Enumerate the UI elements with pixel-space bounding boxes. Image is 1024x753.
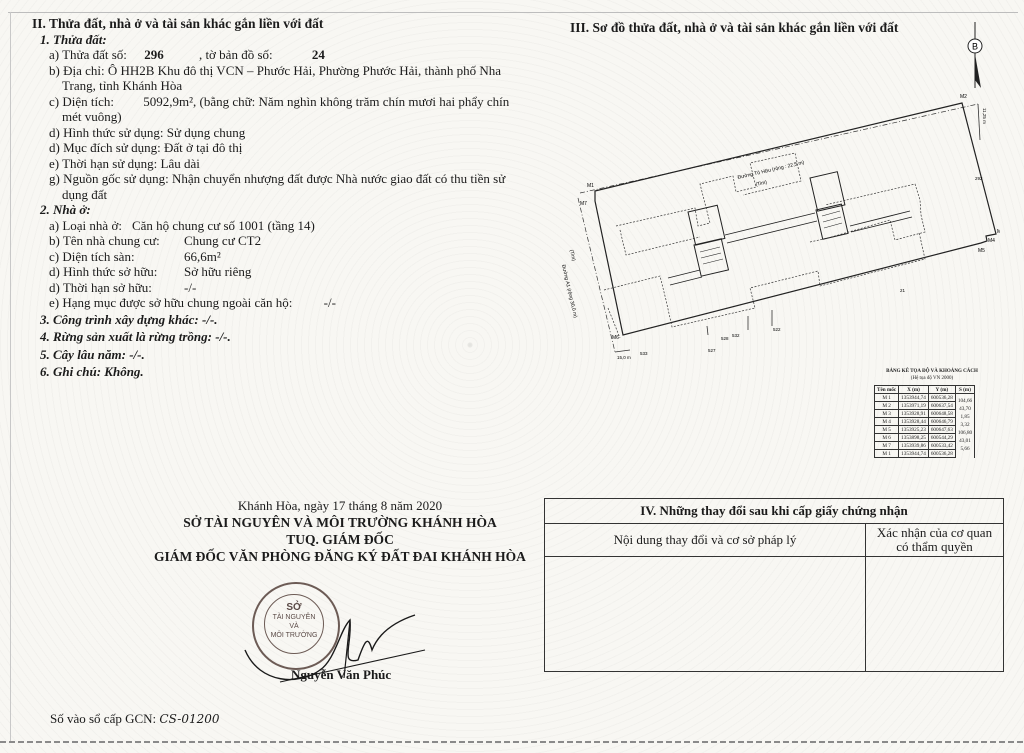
term-value: Lâu dài bbox=[161, 156, 200, 171]
coord-table-subtitle: (Hệ tọa độ VN 2000) bbox=[862, 375, 1002, 382]
house-row-value: Chung cư CT2 bbox=[184, 233, 261, 249]
house-common-label: e) Hạng mục được sở hữu chung ngoài căn … bbox=[49, 295, 292, 310]
purpose-row: d) Mục đích sử dụng: Đất ở tại đô thị bbox=[49, 140, 512, 156]
registry-number-row: Số vào sổ cấp GCN: CS-01200 bbox=[50, 711, 220, 727]
area-value-cont: mét vuông) bbox=[62, 109, 512, 125]
road-left-sub: (Tim) bbox=[568, 249, 577, 262]
coord-cell-y: 600647,63 bbox=[928, 426, 955, 434]
coord-cell-x: 1353928,44 bbox=[899, 418, 929, 426]
section-ii-title: II. Thửa đất, nhà ở và tài sản khác gắn … bbox=[32, 16, 512, 32]
coord-cell-distance: 5,66 bbox=[955, 446, 974, 454]
coord-header-cell: Tên mốc bbox=[875, 386, 899, 394]
coord-cell-name: M 7 bbox=[875, 442, 899, 450]
parcel-label: a) Thửa đất số: bbox=[49, 47, 127, 62]
coord-cell-name: M 6 bbox=[875, 434, 899, 442]
on-behalf-of: TUQ. GIÁM ĐỐC bbox=[150, 531, 530, 548]
house-row: d) Thời hạn sở hữu:-/- bbox=[49, 280, 512, 296]
area-row: c) Diện tích: 5092,9m², (bằng chữ: Năm n… bbox=[49, 94, 512, 110]
changes-content-cell bbox=[545, 557, 866, 672]
use-form-row: d) Hình thức sử dụng: Sử dụng chung bbox=[49, 125, 512, 141]
setback-right: 11,25 m bbox=[982, 108, 987, 124]
coord-cell-y: 600536,28 bbox=[928, 450, 955, 458]
parcel-number-row: a) Thửa đất số: 296 , tờ bản đồ số: 24 bbox=[49, 47, 512, 63]
changes-column-content: Nội dung thay đổi và cơ sở pháp lý bbox=[545, 524, 866, 557]
coord-cell-y: 600533,42 bbox=[928, 442, 955, 450]
coord-cell-name: M 5 bbox=[875, 426, 899, 434]
parcel-diagram: Đường Tô Hữu (rộng : 22,5 m) (Tim) (Tim)… bbox=[560, 80, 1000, 380]
coord-cell-x: 1353939,86 bbox=[899, 442, 929, 450]
coord-table-header: Tên mốcX (m)Y (m)S (m) bbox=[875, 386, 975, 394]
changes-confirmation-cell bbox=[866, 557, 1004, 672]
use-form-value: Sử dụng chung bbox=[167, 125, 246, 140]
coord-cell-distance: 104,66 bbox=[955, 398, 974, 406]
page-border-left bbox=[10, 12, 11, 742]
origin-label: g) Nguồn gốc sử dụng: bbox=[49, 171, 169, 186]
section-iv-title: IV. Những thay đổi sau khi cấp giấy chứn… bbox=[545, 499, 1004, 524]
house-row-label: a) Loại nhà ở: bbox=[49, 218, 122, 234]
production-forest: 4. Rừng sản xuất là rừng trồng: -/-. bbox=[40, 329, 512, 345]
area-label: c) Diện tích: bbox=[49, 94, 114, 109]
coord-cell-x: 1353925,23 bbox=[899, 426, 929, 434]
purpose-label: d) Mục đích sử dụng: bbox=[49, 140, 161, 155]
house-row: b) Tên nhà chung cư:Chung cư CT2 bbox=[49, 233, 512, 249]
house-row: a) Loại nhà ở:Căn hộ chung cư số 1001 (t… bbox=[49, 218, 512, 234]
coord-cell-x: 1353944,74 bbox=[899, 394, 929, 402]
svg-text:528: 528 bbox=[721, 336, 729, 341]
house-common-value: -/- bbox=[324, 295, 336, 310]
coord-cell-name: M 1 bbox=[875, 450, 899, 458]
map-sheet-number: 24 bbox=[312, 47, 325, 62]
note: 6. Ghi chú: Không. bbox=[40, 364, 512, 380]
address-value: Ô HH2B Khu đô thị VCN – Phước Hải, Phườn… bbox=[108, 63, 501, 78]
svg-text:M1: M1 bbox=[587, 183, 594, 189]
coord-cell-y: 600637,54 bbox=[928, 402, 955, 410]
coord-cell-y: 600646,79 bbox=[928, 418, 955, 426]
address-value-cont: Trang, tỉnh Khánh Hòa bbox=[62, 78, 512, 94]
coord-cell-distance: 43,01 bbox=[955, 438, 974, 446]
issuing-agency: SỞ TÀI NGUYÊN VÀ MÔI TRƯỜNG KHÁNH HÒA bbox=[150, 514, 530, 531]
coord-table-title: BẢNG KÊ TỌA ĐỘ VÀ KHOẢNG CÁCH bbox=[862, 368, 1002, 375]
coord-header-cell: S (m) bbox=[955, 386, 974, 394]
other-construction: 3. Công trình xây dựng khác: -/-. bbox=[40, 312, 512, 328]
registry-label: Số vào sổ cấp GCN: bbox=[50, 711, 156, 726]
section-land-house-info: II. Thửa đất, nhà ở và tài sản khác gắn … bbox=[32, 16, 512, 380]
svg-text:M6: M6 bbox=[612, 335, 619, 341]
parcel-number: 296 bbox=[144, 47, 164, 62]
origin-value-cont: dụng đất bbox=[62, 187, 512, 203]
area-value: 5092,9m², (bằng chữ: Năm nghìn không tră… bbox=[143, 94, 509, 109]
coord-cell-x: 1353971,19 bbox=[899, 402, 929, 410]
coord-table-caption: BẢNG KÊ TỌA ĐỘ VÀ KHOẢNG CÁCH (Hệ tọa độ… bbox=[862, 368, 1002, 382]
coord-cell-distance: 1,85 bbox=[955, 414, 974, 422]
house-heading: 2. Nhà ở: bbox=[40, 202, 512, 218]
coord-cell-distance: 3,32 bbox=[955, 422, 974, 430]
house-common-row: e) Hạng mục được sở hữu chung ngoài căn … bbox=[49, 295, 512, 311]
svg-text:527: 527 bbox=[708, 348, 716, 353]
svg-text:M7: M7 bbox=[580, 201, 587, 207]
changes-column-confirmation: Xác nhận của cơ quan có thẩm quyền bbox=[866, 524, 1004, 557]
house-row-label: d) Thời hạn sở hữu: bbox=[49, 280, 184, 296]
coord-cell-y: 600536,28 bbox=[928, 394, 955, 402]
confirmation-line-2: có thẩm quyền bbox=[896, 539, 973, 554]
coord-cell-x: 1353944,74 bbox=[899, 450, 929, 458]
house-row-value: Sở hữu riêng bbox=[184, 264, 251, 280]
house-row-value: Căn hộ chung cư số 1001 (tầng 14) bbox=[132, 218, 315, 234]
signer-name: Nguyễn Văn Phúc bbox=[291, 667, 391, 683]
coord-cell-distance: 43,70 bbox=[955, 406, 974, 414]
svg-text:M3: M3 bbox=[997, 229, 1000, 235]
changes-table: IV. Những thay đổi sau khi cấp giấy chứn… bbox=[544, 498, 1004, 672]
coord-table-body: M 11353944,74600536,28M 21353971,1960063… bbox=[875, 394, 975, 458]
house-rows: a) Loại nhà ở:Căn hộ chung cư số 1001 (t… bbox=[32, 218, 512, 296]
coord-cell-y: 600544,29 bbox=[928, 434, 955, 442]
perennial-trees: 5. Cây lâu năm: -/-. bbox=[40, 347, 512, 363]
map-sheet-label: , tờ bản đồ số: bbox=[199, 47, 273, 62]
signer-position: GIÁM ĐỐC VĂN PHÒNG ĐĂNG KÝ ĐẤT ĐAI KHÁNH… bbox=[150, 548, 530, 565]
use-form-label: d) Hình thức sử dụng: bbox=[49, 125, 163, 140]
road-top-sub: (Tim) bbox=[755, 179, 768, 188]
house-row: d) Hình thức sở hữu:Sở hữu riêng bbox=[49, 264, 512, 280]
origin-value: Nhận chuyển nhượng đất được Nhà nước gia… bbox=[172, 171, 505, 186]
address-row: b) Địa chỉ: Ô HH2B Khu đô thị VCN – Phướ… bbox=[49, 63, 512, 79]
svg-text:M4: M4 bbox=[988, 238, 995, 244]
coord-header-cell: Y (m) bbox=[928, 386, 955, 394]
road-top-label: Đường Tô Hữu (rộng : 22,5 m) bbox=[737, 160, 805, 181]
land-heading: 1. Thửa đất: bbox=[40, 32, 512, 48]
setback-left: 15,0 m bbox=[617, 355, 631, 360]
house-row-label: d) Hình thức sở hữu: bbox=[49, 264, 184, 280]
svg-text:M5: M5 bbox=[978, 248, 985, 254]
coord-cell-distance: 106,80 bbox=[955, 430, 974, 438]
svg-text:292: 292 bbox=[975, 176, 983, 181]
page-border-top bbox=[8, 12, 1018, 13]
coord-cell-x: 1353898,25 bbox=[899, 434, 929, 442]
section-iii-title: III. Sơ đồ thửa đất, nhà ở và tài sản kh… bbox=[570, 20, 898, 36]
house-row: c) Diện tích sàn:66,6m² bbox=[49, 249, 512, 265]
coord-cell-name: M 4 bbox=[875, 418, 899, 426]
north-label: B bbox=[972, 42, 978, 52]
house-row-value: -/- bbox=[184, 280, 196, 296]
house-row-label: b) Tên nhà chung cư: bbox=[49, 233, 184, 249]
place-date: Khánh Hòa, ngày 17 tháng 8 năm 2020 bbox=[150, 497, 530, 514]
coord-cell-name: M 3 bbox=[875, 410, 899, 418]
coord-header-cell: X (m) bbox=[899, 386, 929, 394]
svg-text:M2: M2 bbox=[960, 94, 967, 100]
coord-cell-name: M 1 bbox=[875, 394, 899, 402]
house-row-value: 66,6m² bbox=[184, 249, 221, 265]
address-label: b) Địa chỉ: bbox=[49, 63, 105, 78]
svg-text:21: 21 bbox=[900, 288, 906, 293]
road-left-label: Đường A1 (rộng 30,0 m) bbox=[560, 264, 578, 319]
registry-value: CS-01200 bbox=[159, 712, 219, 726]
coordinate-table: Tên mốcX (m)Y (m)S (m) M 11353944,746005… bbox=[874, 385, 975, 458]
house-row-label: c) Diện tích sàn: bbox=[49, 249, 184, 265]
coord-cell-x: 1353928,91 bbox=[899, 410, 929, 418]
svg-text:533: 533 bbox=[640, 351, 648, 356]
coord-cell-name: M 2 bbox=[875, 402, 899, 410]
svg-text:532: 532 bbox=[732, 333, 740, 338]
origin-row: g) Nguồn gốc sử dụng: Nhận chuyển nhượng… bbox=[49, 171, 512, 187]
term-label: e) Thời hạn sử dụng: bbox=[49, 156, 157, 171]
coord-cell-y: 600648,58 bbox=[928, 410, 955, 418]
confirmation-line-1: Xác nhận của cơ quan bbox=[877, 525, 992, 540]
coord-table-row: M 11353944,74600536,285,66 bbox=[875, 450, 975, 458]
signature-block: Khánh Hòa, ngày 17 tháng 8 năm 2020 SỞ T… bbox=[150, 497, 530, 565]
purpose-value: Đất ở tại đô thị bbox=[164, 140, 242, 155]
page-border-bottom bbox=[0, 741, 1024, 743]
term-row: e) Thời hạn sử dụng: Lâu dài bbox=[49, 156, 512, 172]
svg-text:522: 522 bbox=[773, 327, 781, 332]
